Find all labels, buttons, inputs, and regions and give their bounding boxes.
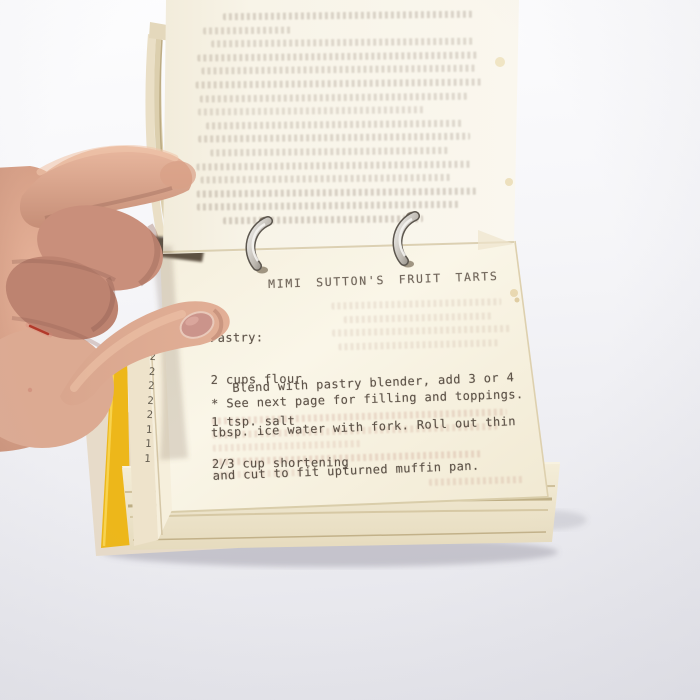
index-fingertip [160,161,196,189]
hand [0,0,700,700]
skin-mark [28,388,32,392]
photo-of-recipe-book: MIMI SUTTON'S FRUIT TARTS Pastry: 2 cups… [0,0,700,700]
